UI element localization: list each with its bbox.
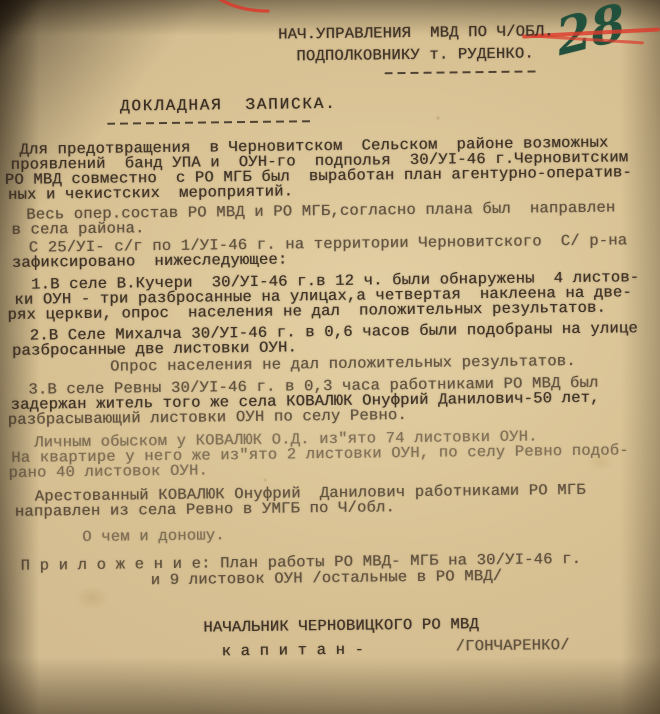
signature-rank: к а п и т а н -: [221, 642, 364, 660]
body-line: в села района.: [11, 220, 144, 238]
typewritten-text-layer: НАЧ.УПРАВЛЕНИЯ МВД ПО Ч/ОБЛ. ПОДПОЛКОВНИ…: [0, 0, 660, 714]
signature-name: /ГОНЧАРЕНКО/: [455, 637, 569, 654]
page-title: ДОКЛАДНАЯ ЗАПИСКА.: [120, 96, 337, 115]
signature-position: НАЧАЛЬНИК ЧЕРНОВИЦКОГО РО МВД: [203, 616, 479, 635]
addressee-line-2: ПОДПОЛКОВНИКУ т. РУДЕНКО.: [296, 45, 534, 64]
addressee-line-1: НАЧ.УПРАВЛЕНИЯ МВД ПО Ч/ОБЛ.: [278, 23, 554, 42]
body-line: ных и чекистских мероприятий.: [8, 183, 293, 202]
body-line: Опрос населения не дал положительных рез…: [110, 353, 576, 375]
attachment-line: и 9 листовок ОУН /остальные в РО МВД/: [151, 568, 503, 588]
body-line: направлен из села Ревно в УМГБ по Ч/обл.: [15, 499, 395, 520]
body-line: зафиксировано нижеследующее:: [12, 252, 288, 271]
body-line: рано 40 листовок ОУН.: [8, 463, 208, 481]
addressee-underline: [385, 70, 537, 74]
scanned-document-page: 28 НАЧ.УПРАВЛЕНИЯ МВД ПО Ч/ОБЛ. ПОДПОЛКО…: [0, 0, 660, 714]
body-line: О чем и доношу.: [82, 527, 225, 545]
body-line: разбрасывающий листовки ОУН по селу Ревн…: [8, 407, 407, 428]
title-underline: [107, 120, 312, 125]
